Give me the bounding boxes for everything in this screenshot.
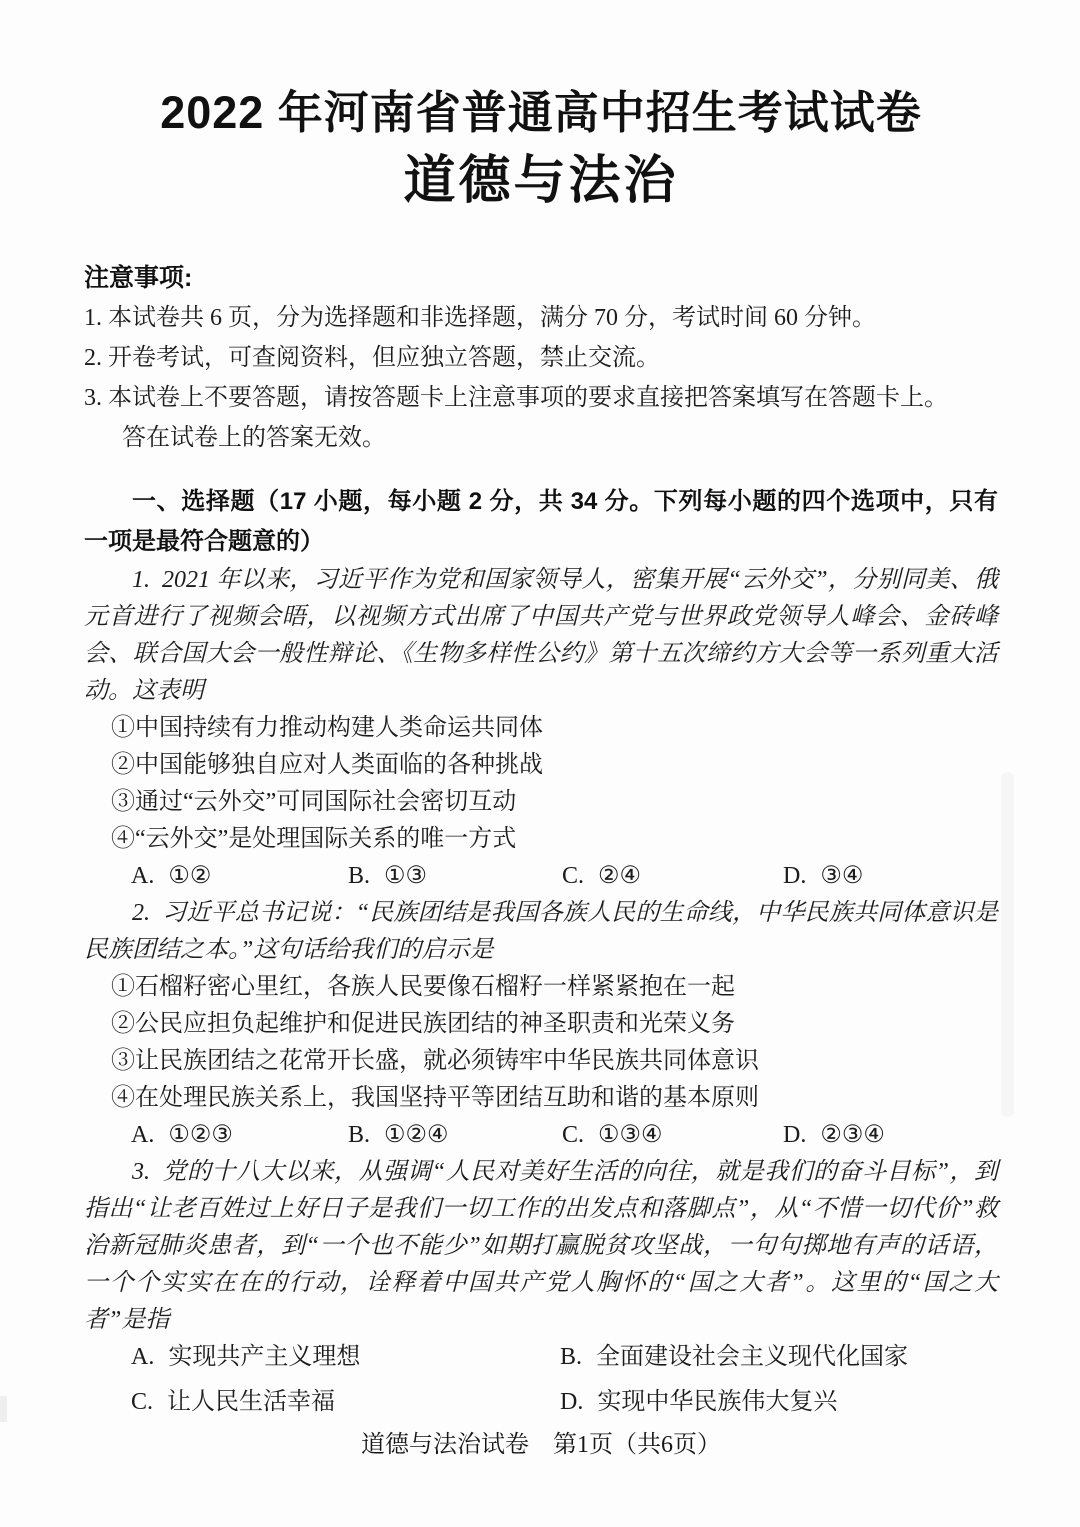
question-2-option-b: B.①②④ xyxy=(348,1117,562,1154)
question-3-number: 3. xyxy=(132,1159,150,1185)
question-3-option-c: C.让人民生活幸福 xyxy=(131,1384,560,1421)
question-1-option-d: D.③④ xyxy=(783,858,998,895)
question-1-statement-2: ②中国能够独自应对人类面临的各种挑战 xyxy=(84,747,998,784)
question-1-statement-4: ④“云外交”是处理国际关系的唯一方式 xyxy=(84,821,998,858)
question-3-option-b: B.全面建设社会主义现代化国家 xyxy=(560,1339,998,1376)
question-3-stem: 3.党的十八大以来，从强调“人民对美好生活的向往，就是我们的奋斗目标”，到指出“… xyxy=(84,1154,998,1339)
section-heading-multiple-choice: 一、选择题（17 小题，每小题 2 分，共 34 分。下列每小题的四个选项中，只… xyxy=(84,482,998,562)
question-3: 3.党的十八大以来，从强调“人民对美好生活的向往，就是我们的奋斗目标”，到指出“… xyxy=(84,1154,998,1421)
question-1-option-a: A.①② xyxy=(131,858,348,895)
notices-heading: 注意事项: xyxy=(84,258,998,298)
question-2-option-d: D.②③④ xyxy=(783,1117,998,1154)
question-3-option-a: A.实现共产主义理想 xyxy=(131,1339,560,1376)
page-footer: 道德与法治试卷 第1页（共6页） xyxy=(84,1431,998,1459)
notice-item-2: 2. 开卷考试，可查阅资料，但应独立答题，禁止交流。 xyxy=(84,338,998,378)
question-2-options: A.①②③ B.①②④ C.①③④ D.②③④ xyxy=(84,1117,998,1154)
scan-artifact-streak xyxy=(1001,772,1014,1117)
question-2-stem-text: 习近平总书记说：“民族团结是我国各族人民的生命线，中华民族共同体意识是民族团结之… xyxy=(84,900,998,963)
question-2-option-c: C.①③④ xyxy=(562,1117,783,1154)
notice-item-3: 3. 本试卷上不要答题，请按答题卡上注意事项的要求直接把答案填写在答题卡上。 xyxy=(84,378,998,418)
question-1-stem-text: 2021 年以来，习近平作为党和国家领导人，密集开展“云外交”，分别同美、俄元首… xyxy=(84,567,998,704)
question-3-options: A.实现共产主义理想 B.全面建设社会主义现代化国家 C.让人民生活幸福 D.实… xyxy=(84,1339,998,1421)
question-1-option-b: B.①③ xyxy=(348,858,562,895)
question-2-statement-2: ②公民应担负起维护和促进民族团结的神圣职责和光荣义务 xyxy=(84,1006,998,1043)
question-2: 2.习近平总书记说：“民族团结是我国各族人民的生命线，中华民族共同体意识是民族团… xyxy=(84,895,998,1154)
question-1-statement-1: ①中国持续有力推动构建人类命运共同体 xyxy=(84,710,998,747)
question-2-number: 2. xyxy=(132,900,150,926)
question-2-statement-1: ①石榴籽密心里红，各族人民要像石榴籽一样紧紧抱在一起 xyxy=(84,969,998,1006)
notice-item-3-continued: 答在试卷上的答案无效。 xyxy=(84,418,998,458)
question-2-statement-3: ③让民族团结之花常开长盛，就必须铸牢中华民族共同体意识 xyxy=(84,1043,998,1080)
question-1: 1.2021 年以来，习近平作为党和国家领导人，密集开展“云外交”，分别同美、俄… xyxy=(84,562,998,895)
exam-subject: 道德与法治 xyxy=(84,152,998,210)
exam-title: 2022 年河南省普通高中招生考试试卷 xyxy=(84,88,998,138)
exam-page: 2022 年河南省普通高中招生考试试卷 道德与法治 注意事项: 1. 本试卷共 … xyxy=(0,0,1080,1459)
question-1-stem: 1.2021 年以来，习近平作为党和国家领导人，密集开展“云外交”，分别同美、俄… xyxy=(84,562,998,710)
question-3-option-d: D.实现中华民族伟大复兴 xyxy=(560,1384,998,1421)
scan-artifact-corner xyxy=(0,1396,7,1422)
notice-item-1: 1. 本试卷共 6 页，分为选择题和非选择题，满分 70 分，考试时间 60 分… xyxy=(84,298,998,338)
question-2-stem: 2.习近平总书记说：“民族团结是我国各族人民的生命线，中华民族共同体意识是民族团… xyxy=(84,895,998,969)
question-1-option-c: C.②④ xyxy=(562,858,783,895)
question-3-stem-text: 党的十八大以来，从强调“人民对美好生活的向往，就是我们的奋斗目标”，到指出“让老… xyxy=(84,1159,998,1333)
question-1-options: A.①② B.①③ C.②④ D.③④ xyxy=(84,858,998,895)
question-2-statement-4: ④在处理民族关系上，我国坚持平等团结互助和谐的基本原则 xyxy=(84,1080,998,1117)
question-1-number: 1. xyxy=(132,567,150,593)
question-2-option-a: A.①②③ xyxy=(131,1117,348,1154)
question-1-statement-3: ③通过“云外交”可同国际社会密切互动 xyxy=(84,784,998,821)
notices-section: 注意事项: 1. 本试卷共 6 页，分为选择题和非选择题，满分 70 分，考试时… xyxy=(84,258,998,458)
